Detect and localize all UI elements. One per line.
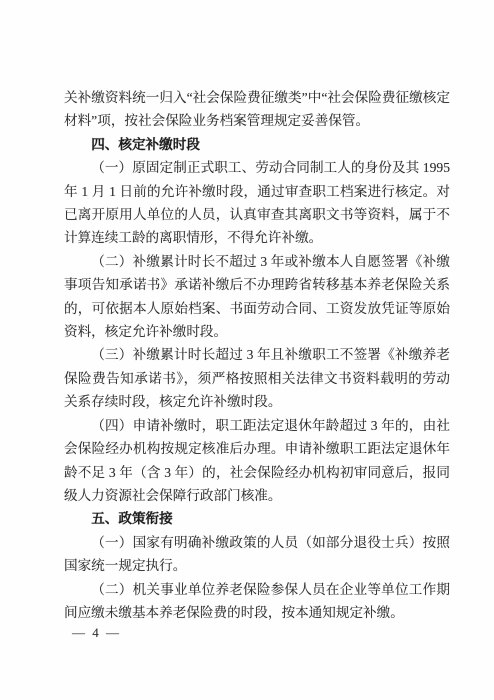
section-5-item-2: （二）机关事业单位养老保险参保人员在企业等单位工作期间应缴未缴基本养老保险费的时… <box>64 578 450 625</box>
section-4-item-3: （三）补缴累计时长超过 3 年且补缴职工不签署《补缴养老保险费告知承诺书》，须严… <box>64 343 450 413</box>
page-number: — 4 — <box>72 625 121 641</box>
section-4-item-2: （二）补缴累计时长不超过 3 年或补缴本人自愿签署《补缴事项告知承诺书》承诺补缴… <box>64 250 450 344</box>
document-page: 关补缴资料统一归入“社会保险费征缴类”中“社会保险费征缴核定材料”项，按社会保险… <box>0 0 494 700</box>
paragraph-continuation: 关补缴资料统一归入“社会保险费征缴类”中“社会保险费征缴核定材料”项，按社会保险… <box>64 86 450 133</box>
section-5-heading: 五、政策衔接 <box>64 507 450 530</box>
document-body: 关补缴资料统一归入“社会保险费征缴类”中“社会保险费征缴核定材料”项，按社会保险… <box>64 86 450 624</box>
section-4-item-1: （一）原固定制正式职工、劳动合同制工人的身份及其 1995 年 1 月 1 日前… <box>64 156 450 250</box>
section-4-heading: 四、核定补缴时段 <box>64 133 450 156</box>
section-4-item-4: （四）申请补缴时，职工距法定退休年龄超过 3 年的，由社会保险经办机构按规定核准… <box>64 414 450 508</box>
section-5-item-1: （一）国家有明确补缴政策的人员（如部分退役士兵）按照国家统一规定执行。 <box>64 531 450 578</box>
